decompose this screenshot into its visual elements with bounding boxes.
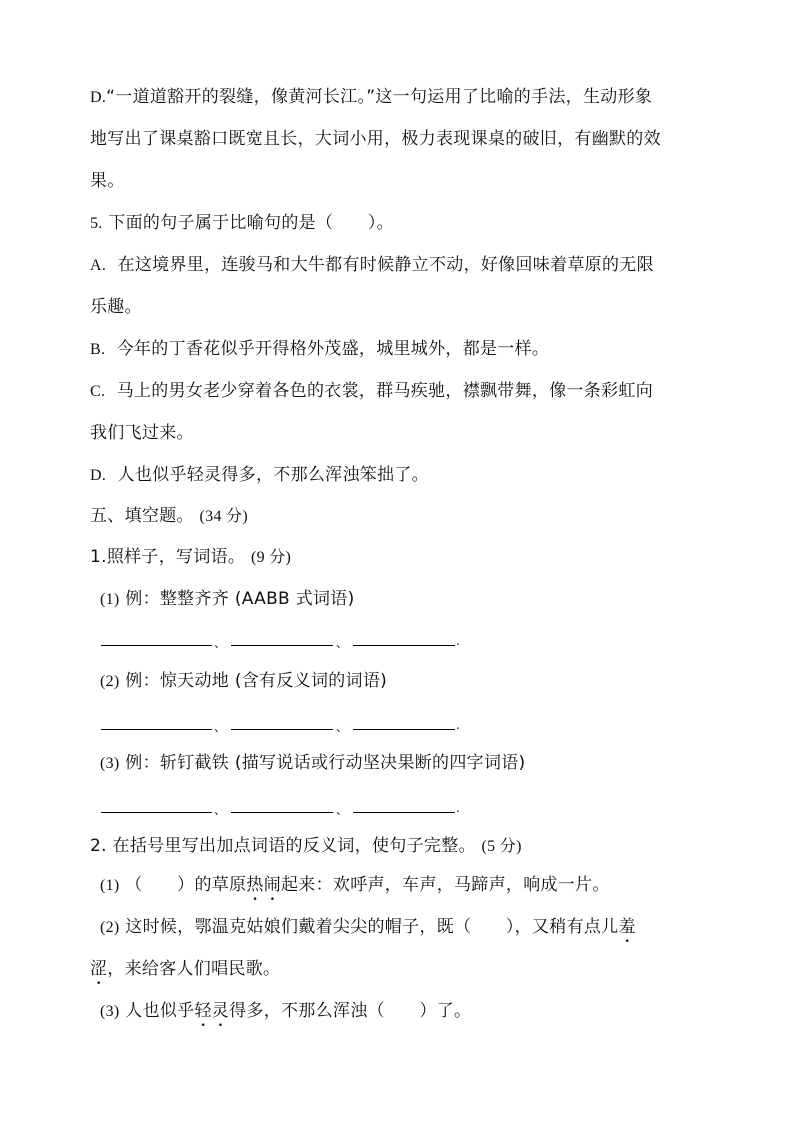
item-text: 得多，不那么浑浊（ ）了。: [229, 1001, 471, 1021]
q5-option-b: B. 今年的丁香花似乎开得格外茂盛，城里城外，都是一样。: [90, 338, 549, 361]
fill2-item1: (1) （ ）的草原热闹起来：欢呼声，车声，马蹄声，响成一片。: [100, 874, 610, 905]
separator: 、: [214, 801, 226, 818]
q4-option-d-line2: 地写出了课桌豁口既宽且长，大词小用，极力表现课桌的破旧，有幽默的效: [90, 128, 661, 150]
answer-blank[interactable]: [231, 645, 333, 646]
item-number: (2): [100, 919, 120, 936]
fill2-item3: (3) 人也似乎轻灵得多，不那么浑浊（ ）了。: [100, 1000, 471, 1031]
answer-blank[interactable]: [231, 729, 333, 730]
q5-option-a: A. 在这境界里，连骏马和大牛都有时候静立不动，好像回味着草原的无限: [90, 254, 654, 277]
fill1-item1: (1) 例：整整齐齐 (AABB 式词语): [100, 588, 355, 611]
item-number: (1): [100, 591, 120, 608]
fill2-item2-line2: 涩，来给客人们唱民歌。: [90, 958, 280, 989]
dotted-word: 热闹: [246, 875, 281, 895]
item-hint: (含有反义词的词语): [235, 671, 387, 691]
answer-blank[interactable]: [353, 729, 455, 730]
item-number: (2): [100, 673, 120, 690]
q5-option-a-line2: 乐趣。: [90, 296, 142, 318]
q5-option-d: D. 人也似乎轻灵得多，不那么浑浊笨拙了。: [90, 464, 429, 487]
item-number: (3): [100, 1003, 120, 1020]
option-text: 马上的男女老少穿着各色的衣裳，群马疾驰，襟飘带舞，像一条彩虹向: [117, 381, 653, 401]
option-label: A.: [90, 257, 106, 274]
fill1-item3: (3) 例：斩钉截铁 (描写说话或行动坚决果断的四字词语): [100, 752, 525, 775]
dotted-word: 轻灵: [194, 1001, 229, 1021]
item-text: 人也似乎: [125, 1001, 194, 1021]
option-text: 在这境界里，连骏马和大牛都有时候静立不动，好像回味着草原的无限: [118, 255, 654, 275]
dotted-word: 涩: [90, 959, 107, 979]
item-example: 例：整整齐齐: [125, 589, 229, 609]
option-text: “一道道豁开的裂缝，像黄河长江。”这一句运用了比喻的手法，生动形象: [106, 87, 652, 107]
item-text: 起来：欢呼声，车声，马蹄声，响成一片。: [281, 875, 610, 895]
end-mark: .: [456, 634, 460, 648]
q4-option-d-line3: 果。: [90, 170, 125, 192]
q5-stem: 5. 下面的句子属于比喻句的是（ ）。: [90, 212, 394, 235]
question-stem: 1.照样子，写词语。: [90, 547, 245, 567]
answer-blank[interactable]: [101, 645, 212, 646]
option-label: D.: [90, 467, 106, 484]
item-text: ，来给客人们唱民歌。: [107, 959, 280, 979]
fill2-item2: (2) 这时候，鄂温克姑娘们戴着尖尖的帽子，既（ ），又稍有点儿羞: [100, 916, 636, 947]
option-label: B.: [90, 341, 105, 358]
fill1-title: 1.照样子，写词语。 (9 分): [90, 546, 291, 569]
question-number: 5.: [90, 215, 103, 232]
separator: 、: [214, 634, 226, 651]
fill1-item2: (2) 例：惊天动地 (含有反义词的词语): [100, 670, 387, 693]
section-score: (34 分): [200, 508, 248, 525]
question-stem: 下面的句子属于比喻句的是（ ）。: [108, 213, 394, 233]
option-label: D.: [90, 89, 106, 106]
end-mark: .: [456, 801, 460, 815]
item-example: 例：斩钉截铁: [125, 753, 229, 773]
item-number: (3): [100, 755, 120, 772]
q4-option-d-line1: D.“一道道豁开的裂缝，像黄河长江。”这一句运用了比喻的手法，生动形象: [90, 86, 652, 109]
q5-option-c-line2: 我们飞过来。: [90, 422, 194, 444]
question-score: (5 分): [482, 838, 522, 855]
fill2-title: 2. 在括号里写出加点词语的反义词，使句子完整。 (5 分): [90, 835, 522, 858]
item-text: 这时候，鄂温克姑娘们戴着尖尖的帽子，既（ ），又稍有点儿: [125, 917, 618, 937]
option-text: 人也似乎轻灵得多，不那么浑浊笨拙了。: [118, 465, 429, 485]
separator: 、: [336, 718, 348, 735]
answer-blank[interactable]: [101, 812, 212, 813]
q5-option-c: C. 马上的男女老少穿着各色的衣裳，群马疾驰，襟飘带舞，像一条彩虹向: [90, 380, 653, 403]
section-title: 五、填空题。 (34 分): [90, 505, 248, 528]
end-mark: .: [456, 718, 460, 732]
answer-blank[interactable]: [353, 812, 455, 813]
question-stem: 2. 在括号里写出加点词语的反义词，使句子完整。: [90, 836, 476, 856]
separator: 、: [336, 801, 348, 818]
answer-blank[interactable]: [231, 812, 333, 813]
option-label: C.: [90, 383, 105, 400]
section-title-text: 五、填空题。: [90, 506, 194, 526]
item-text: （ ）的草原: [125, 875, 246, 895]
answer-blank[interactable]: [101, 729, 212, 730]
item-hint: (描写说话或行动坚决果断的四字词语): [235, 753, 526, 773]
item-example: 例：惊天动地: [125, 671, 229, 691]
separator: 、: [336, 634, 348, 651]
item-hint: (AABB 式词语): [235, 589, 355, 609]
dotted-word: 羞: [618, 917, 635, 937]
answer-blank[interactable]: [353, 645, 455, 646]
separator: 、: [214, 718, 226, 735]
option-text: 今年的丁香花似乎开得格外茂盛，城里城外，都是一样。: [117, 339, 550, 359]
item-number: (1): [100, 877, 120, 894]
question-score: (9 分): [251, 549, 291, 566]
